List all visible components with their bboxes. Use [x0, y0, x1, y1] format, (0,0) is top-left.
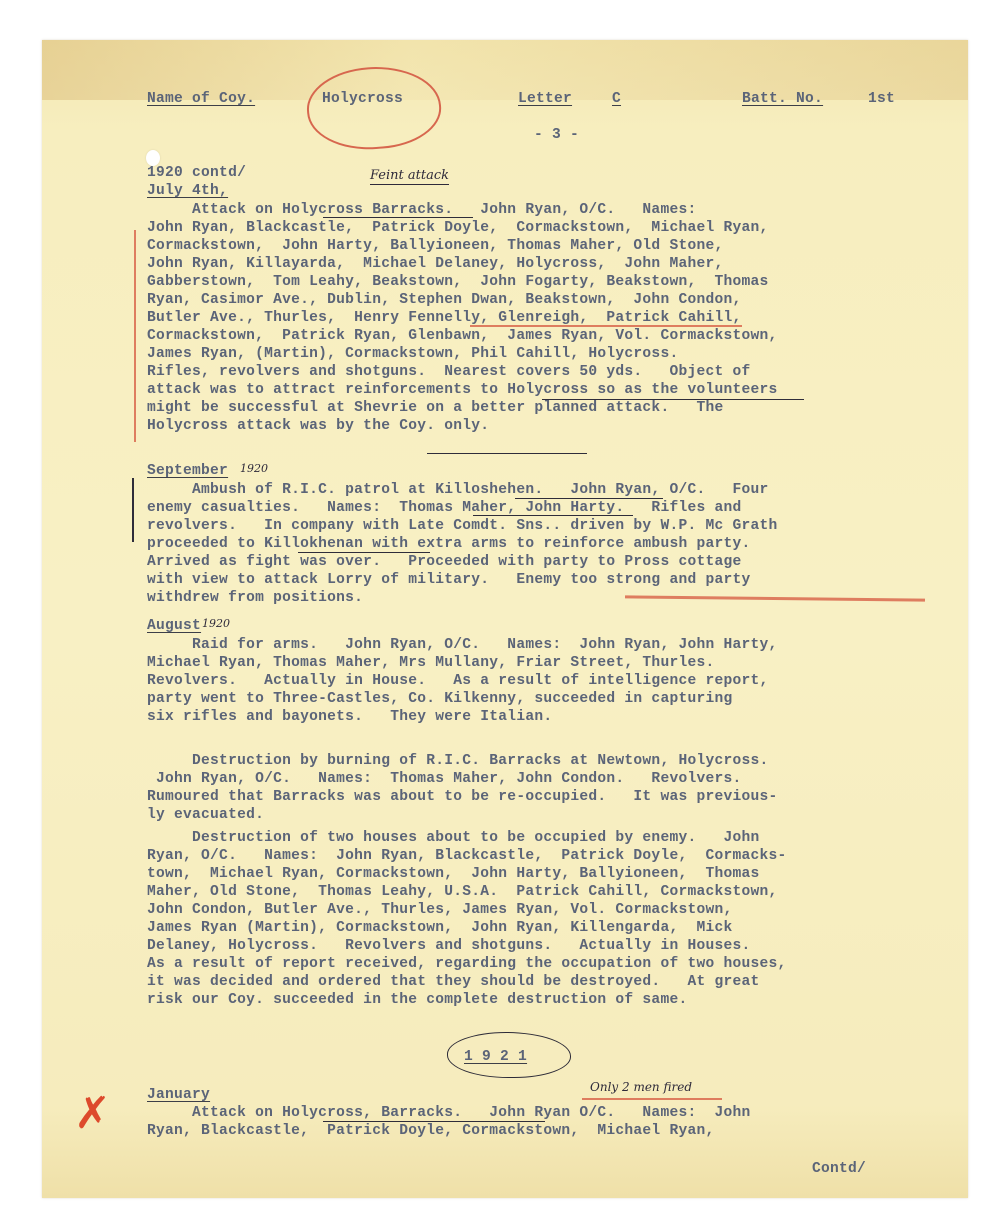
text-line: it was decided and ordered that they sho…	[147, 973, 787, 991]
text-line: ly evacuated.	[147, 806, 778, 824]
text-line: Attack on Holycross, Barracks. John Ryan…	[147, 1104, 751, 1122]
newtown-entry: Destruction by burning of R.I.C. Barrack…	[147, 752, 778, 824]
text-line: Destruction of two houses about to be oc…	[147, 829, 787, 847]
letter-value: C	[612, 90, 621, 108]
date-july: July 4th,	[147, 182, 228, 200]
text-line: John Ryan, Killayarda, Michael Delaney, …	[147, 255, 778, 273]
text-line: with view to attack Lorry of military. E…	[147, 571, 778, 589]
text-line: Ambush of R.I.C. patrol at Killoshehen. …	[147, 481, 778, 499]
text-line: Maher, Old Stone, Thomas Leahy, U.S.A. P…	[147, 883, 787, 901]
margin-dark-line	[132, 478, 134, 542]
text-line: John Ryan, O/C. Names: Thomas Maher, Joh…	[147, 770, 778, 788]
text-line: John Ryan, Blackcastle, Patrick Doyle, C…	[147, 219, 778, 237]
august-entry: Raid for arms. John Ryan, O/C. Names: Jo…	[147, 636, 778, 726]
text-line: Holycross attack was by the Coy. only.	[147, 417, 778, 435]
underline	[298, 552, 430, 553]
underline	[515, 498, 663, 499]
text-line: town, Michael Ryan, Cormackstown, John H…	[147, 865, 787, 883]
text-line: Michael Ryan, Thomas Maher, Mrs Mullany,…	[147, 654, 778, 672]
text-line: Arrived as fight was over. Proceeded wit…	[147, 553, 778, 571]
text-line: six rifles and bayonets. They were Itali…	[147, 708, 778, 726]
january-entry: Attack on Holycross, Barracks. John Ryan…	[147, 1104, 751, 1140]
text-line: James Ryan (Martin), Cormackstown, John …	[147, 919, 787, 937]
red-underline	[582, 1098, 722, 1100]
year-continued: 1920 contd/	[147, 164, 246, 182]
handwritten-note: Only 2 men fired	[590, 1080, 692, 1094]
text-line: Ryan, Blackcastle, Patrick Doyle, Cormac…	[147, 1122, 751, 1140]
batt-value: 1st	[868, 90, 895, 108]
red-underline	[470, 325, 742, 327]
date-september: September	[147, 462, 228, 480]
company-name-label: Name of Coy.	[147, 90, 255, 108]
underline	[323, 217, 473, 218]
handwritten-year: 1920	[240, 462, 268, 475]
text-line: party went to Three-Castles, Co. Kilkenn…	[147, 690, 778, 708]
handwritten-feint-attack: Feint attack	[370, 168, 449, 183]
margin-red-line	[134, 230, 136, 442]
red-x-mark: ✗	[74, 1092, 111, 1136]
text-line: Cormackstown, John Harty, Ballyioneen, T…	[147, 237, 778, 255]
underline	[427, 453, 587, 454]
text-line: Gabberstown, Tom Leahy, Beakstown, John …	[147, 273, 778, 291]
text-line: As a result of report received, regardin…	[147, 955, 787, 973]
date-august: August	[147, 617, 201, 635]
text-line: James Ryan, (Martin), Cormackstown, Phil…	[147, 345, 778, 363]
letter-label: Letter	[518, 90, 572, 108]
text-line: risk our Coy. succeeded in the complete …	[147, 991, 787, 1009]
text-line: Cormackstown, Patrick Ryan, Glenbawn, Ja…	[147, 327, 778, 345]
text-line: proceeded to Killokhenan with extra arms…	[147, 535, 778, 553]
text-line: Raid for arms. John Ryan, O/C. Names: Jo…	[147, 636, 778, 654]
text-line: might be successful at Shevrie on a bett…	[147, 399, 778, 417]
text-line: Ryan, Casimor Ave., Dublin, Stephen Dwan…	[147, 291, 778, 309]
ink-circle-annotation	[447, 1032, 571, 1078]
page-number: - 3 -	[534, 126, 579, 144]
text-line: revolvers. In company with Late Comdt. S…	[147, 517, 778, 535]
text-line: John Condon, Butler Ave., Thurles, James…	[147, 901, 787, 919]
continued-marker: Contd/	[812, 1160, 866, 1178]
handwritten-year: 1920	[202, 617, 230, 630]
batt-label: Batt. No.	[742, 90, 823, 108]
date-january: January	[147, 1086, 210, 1104]
text-line: Destruction by burning of R.I.C. Barrack…	[147, 752, 778, 770]
underline	[323, 1121, 545, 1122]
text-line: Revolvers. Actually in House. As a resul…	[147, 672, 778, 690]
text-line: enemy casualties. Names: Thomas Maher, J…	[147, 499, 778, 517]
text-line: Rifles, revolvers and shotguns. Nearest …	[147, 363, 778, 381]
two-houses-entry: Destruction of two houses about to be oc…	[147, 829, 787, 1009]
text-line: Rumoured that Barracks was about to be r…	[147, 788, 778, 806]
text-line: Ryan, O/C. Names: John Ryan, Blackcastle…	[147, 847, 787, 865]
underline	[542, 399, 804, 400]
september-entry: Ambush of R.I.C. patrol at Killoshehen. …	[147, 481, 778, 607]
underline	[473, 515, 633, 516]
text-line: Delaney, Holycross. Revolvers and shotgu…	[147, 937, 787, 955]
text-line: attack was to attract reinforcements to …	[147, 381, 778, 399]
